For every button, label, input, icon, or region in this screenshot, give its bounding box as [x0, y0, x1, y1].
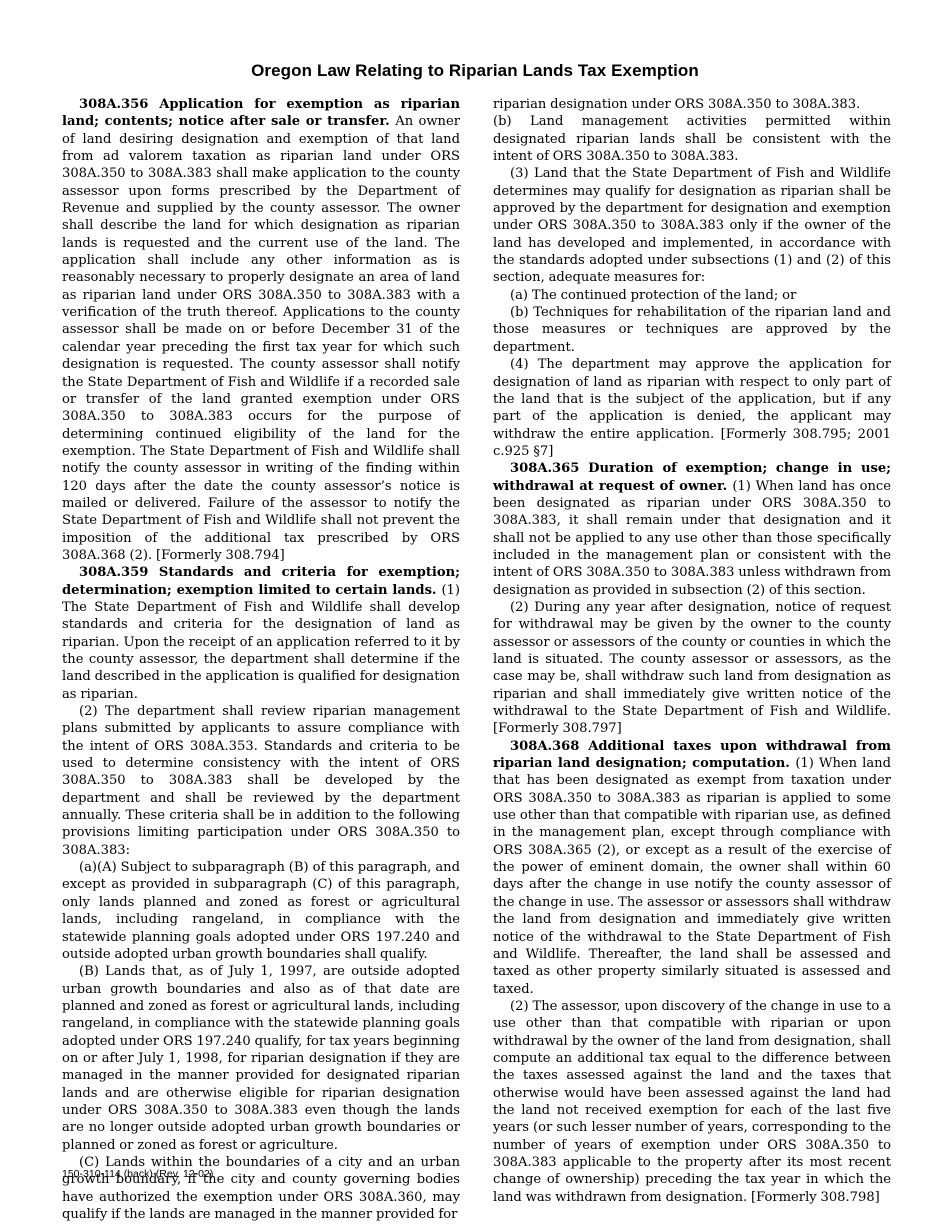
- statute-heading: 308A.356 Application for exemption as ri…: [62, 97, 460, 129]
- paragraph: (b) Land management activities permitted…: [493, 113, 891, 165]
- left-column: 308A.356 Application for exemption as ri…: [62, 96, 460, 1223]
- paragraph: (C) Lands within the boundaries of a cit…: [62, 1154, 460, 1223]
- paragraph: (2) During any year after designation, n…: [493, 599, 891, 738]
- paragraph: riparian designation under ORS 308A.350 …: [493, 96, 891, 113]
- document-page: Oregon Law Relating to Riparian Lands Ta…: [0, 0, 950, 1230]
- statute-paragraph: 308A.368 Additional taxes upon withdrawa…: [493, 738, 891, 998]
- paragraph: (2) The assessor, upon discovery of the …: [493, 998, 891, 1206]
- right-column: riparian designation under ORS 308A.350 …: [493, 96, 891, 1223]
- page-title: Oregon Law Relating to Riparian Lands Ta…: [0, 61, 950, 81]
- statute-paragraph: 308A.356 Application for exemption as ri…: [62, 96, 460, 564]
- statute-heading: 308A.359 Standards and criteria for exem…: [62, 565, 460, 597]
- paragraph: (3) Land that the State Department of Fi…: [493, 165, 891, 286]
- form-number-footer: 150-310-114 (back) (Rev. 12-02): [62, 1168, 213, 1180]
- statute-heading: 308A.365 Duration of exemption; change i…: [493, 461, 891, 493]
- statute-paragraph: 308A.359 Standards and criteria for exem…: [62, 564, 460, 703]
- two-column-body: 308A.356 Application for exemption as ri…: [62, 96, 890, 1223]
- paragraph: (2) The department shall review riparian…: [62, 703, 460, 859]
- paragraph: (a) The continued protection of the land…: [493, 287, 891, 304]
- paragraph: (B) Lands that, as of July 1, 1997, are …: [62, 963, 460, 1154]
- paragraph: (4) The department may approve the appli…: [493, 356, 891, 460]
- paragraph: (b) Techniques for rehabilitation of the…: [493, 304, 891, 356]
- paragraph: (a)(A) Subject to subparagraph (B) of th…: [62, 859, 460, 963]
- statute-heading: 308A.368 Additional taxes upon withdrawa…: [493, 739, 891, 771]
- statute-paragraph: 308A.365 Duration of exemption; change i…: [493, 460, 891, 599]
